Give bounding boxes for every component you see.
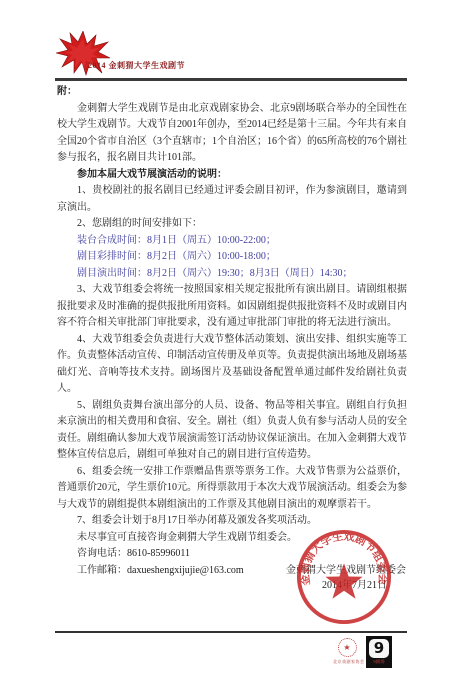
letter-body: 附： 金刺猬大学生戏剧节是由北京戏剧家协会、北京9剧场联合举办的全国性在校大学生… xyxy=(57,84,407,579)
schedule-setup-time: 装台合成时间：8月1日（周五）10:00-22:00； xyxy=(57,233,407,250)
festival-header-title: 2014 金刺猬大学生戏剧节 xyxy=(88,60,185,71)
association-logo: ★ 北京戏剧家协会 xyxy=(333,638,361,665)
intro-paragraph: 金刺猬大学生戏剧节是由北京戏剧家协会、北京9剧场联合举办的全国性在校大学生戏剧节… xyxy=(57,101,407,167)
item-4: 4、大戏节组委会负责进行大戏节整体活动策划、演出安排、组织实施等工作。负责整体活… xyxy=(57,332,407,398)
footer-divider xyxy=(55,631,407,633)
schedule-performance-time: 剧目演出时间：8月2日（周六）19:30；8月3日（周日）14:30； xyxy=(57,266,407,283)
header-divider xyxy=(55,78,407,81)
schedule-rehearsal-time: 剧目彩排时间：8月2日（周六）10:00-18:00； xyxy=(57,249,407,266)
attachment-label: 附： xyxy=(57,84,407,101)
item-1: 1、贵校剧社的报名剧目已经通过评委会剧目初评，作为参演剧目，邀请到京演出。 xyxy=(57,183,407,216)
stamp-star-icon xyxy=(325,563,362,598)
theater-9-logo: 9 9剧场 xyxy=(366,636,392,668)
association-name: 北京戏剧家协会 xyxy=(333,659,361,665)
item-6: 6、组委会统一安排工作票赠品售票等票务工作。大戏节售票为公益票价，普通票价20元… xyxy=(57,464,407,514)
theater-9-icon: 9 xyxy=(369,639,389,658)
theater-9-label: 9剧场 xyxy=(369,658,389,665)
item-3: 3、大戏节组委会将统一按照国家相关规定报批所有演出剧目。请剧组根据报批要求及时准… xyxy=(57,282,407,332)
item-2: 2、您剧组的时间安排如下： xyxy=(57,216,407,233)
association-seal-icon: ★ xyxy=(338,638,357,657)
document-page: 2014 金刺猬大学生戏剧节 附： 金刺猬大学生戏剧节是由北京戏剧家协会、北京9… xyxy=(0,0,461,683)
item-5: 5、剧组负责舞台演出部分的人员、设备、物品等相关事宜。剧组自行负担来京演出的相关… xyxy=(57,398,407,464)
official-seal-stamp: 金刺猬大学生戏剧节组委会 xyxy=(295,528,393,626)
section-heading: 参加本届大戏节展演活动的说明： xyxy=(57,167,407,184)
